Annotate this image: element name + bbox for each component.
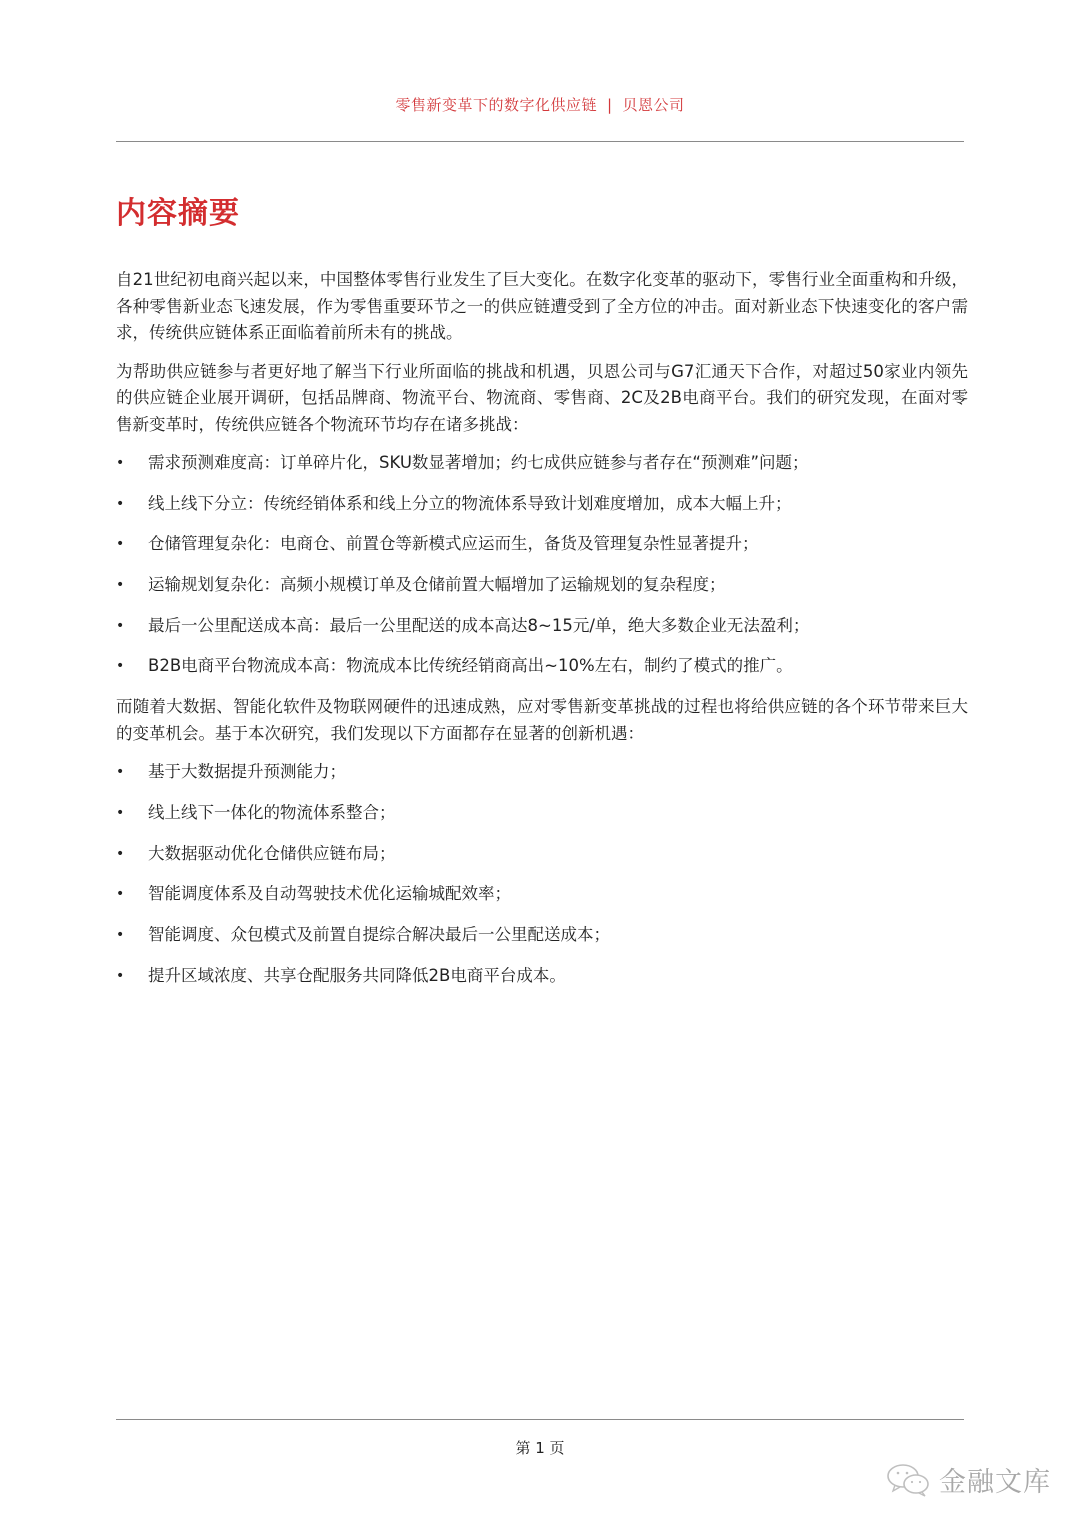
bullet-icon: • xyxy=(116,881,124,908)
list-item: •提升区域浓度、共享仓配服务共同降低2B电商平台成本。 xyxy=(116,963,968,990)
company-name: 贝恩公司 xyxy=(623,96,685,114)
page-number: 第 1 页 xyxy=(0,1437,1080,1458)
list-item-text: 运输规划复杂化：高频小规模订单及仓储前置大幅增加了运输规划的复杂程度； xyxy=(148,575,726,594)
bullet-icon: • xyxy=(116,572,124,599)
opportunities-list: •基于大数据提升预测能力； •线上线下一体化的物流体系整合； •大数据驱动优化仓… xyxy=(116,759,968,989)
list-item-text: 仓储管理复杂化：电商仓、前置仓等新模式应运而生，备货及管理复杂性显著提升； xyxy=(148,534,759,553)
wechat-icon xyxy=(885,1462,933,1498)
bullet-icon: • xyxy=(116,922,124,949)
list-item-text: 最后一公里配送成本高：最后一公里配送的成本高达8~15元/单，绝大多数企业无法盈… xyxy=(148,616,809,635)
watermark: 金融文库 xyxy=(885,1460,1051,1499)
list-item: •运输规划复杂化：高频小规模订单及仓储前置大幅增加了运输规划的复杂程度； xyxy=(116,572,968,599)
bullet-icon: • xyxy=(116,800,124,827)
list-item: •仓储管理复杂化：电商仓、前置仓等新模式应运而生，备货及管理复杂性显著提升； xyxy=(116,531,968,558)
list-item-text: 提升区域浓度、共享仓配服务共同降低2B电商平台成本。 xyxy=(148,966,566,985)
list-item-text: 智能调度体系及自动驾驶技术优化运输城配效率； xyxy=(148,884,511,903)
header-divider xyxy=(116,141,964,142)
list-item-text: B2B电商平台物流成本高：物流成本比传统经销商高出~10%左右，制约了模式的推广… xyxy=(148,656,793,675)
bullet-icon: • xyxy=(116,759,124,786)
section-title: 内容摘要 xyxy=(116,188,240,232)
document-body: 自21世纪初电商兴起以来，中国整体零售行业发生了巨大变化。在数字化变革的驱动下，… xyxy=(116,267,968,1003)
list-item-text: 需求预测难度高：订单碎片化，SKU数显著增加；约七成供应链参与者存在“预测难”问… xyxy=(148,453,809,472)
list-item-text: 智能调度、众包模式及前置自提综合解决最后一公里配送成本； xyxy=(148,925,610,944)
paragraph-research: 为帮助供应链参与者更好地了解当下行业所面临的挑战和机遇，贝恩公司与G7汇通天下合… xyxy=(116,359,968,439)
running-header: 零售新变革下的数字化供应链|贝恩公司 xyxy=(0,94,1080,115)
list-item: •需求预测难度高：订单碎片化，SKU数显著增加；约七成供应链参与者存在“预测难”… xyxy=(116,450,968,477)
list-item: •大数据驱动优化仓储供应链布局； xyxy=(116,841,968,868)
list-item-text: 大数据驱动优化仓储供应链布局； xyxy=(148,844,396,863)
footer-divider xyxy=(116,1419,964,1420)
report-title: 零售新变革下的数字化供应链 xyxy=(395,96,597,114)
paragraph-opportunities: 而随着大数据、智能化软件及物联网硬件的迅速成熟，应对零售新变革挑战的过程也将给供… xyxy=(116,694,968,747)
watermark-text: 金融文库 xyxy=(939,1460,1051,1499)
bullet-icon: • xyxy=(116,613,124,640)
bullet-icon: • xyxy=(116,963,124,990)
bullet-icon: • xyxy=(116,450,124,477)
bullet-icon: • xyxy=(116,531,124,558)
list-item: •线上线下一体化的物流体系整合； xyxy=(116,800,968,827)
list-item: •线上线下分立：传统经销体系和线上分立的物流体系导致计划难度增加，成本大幅上升； xyxy=(116,491,968,518)
bullet-icon: • xyxy=(116,491,124,518)
list-item-text: 线上线下一体化的物流体系整合； xyxy=(148,803,396,822)
challenges-list: •需求预测难度高：订单碎片化，SKU数显著增加；约七成供应链参与者存在“预测难”… xyxy=(116,450,968,680)
header-separator: | xyxy=(607,96,613,114)
list-item: •基于大数据提升预测能力； xyxy=(116,759,968,786)
list-item-text: 基于大数据提升预测能力； xyxy=(148,762,346,781)
list-item: •B2B电商平台物流成本高：物流成本比传统经销商高出~10%左右，制约了模式的推… xyxy=(116,653,968,680)
bullet-icon: • xyxy=(116,653,124,680)
list-item-text: 线上线下分立：传统经销体系和线上分立的物流体系导致计划难度增加，成本大幅上升； xyxy=(148,494,792,513)
list-item: •最后一公里配送成本高：最后一公里配送的成本高达8~15元/单，绝大多数企业无法… xyxy=(116,613,968,640)
paragraph-intro: 自21世纪初电商兴起以来，中国整体零售行业发生了巨大变化。在数字化变革的驱动下，… xyxy=(116,267,968,347)
list-item: •智能调度体系及自动驾驶技术优化运输城配效率； xyxy=(116,881,968,908)
list-item: •智能调度、众包模式及前置自提综合解决最后一公里配送成本； xyxy=(116,922,968,949)
bullet-icon: • xyxy=(116,841,124,868)
